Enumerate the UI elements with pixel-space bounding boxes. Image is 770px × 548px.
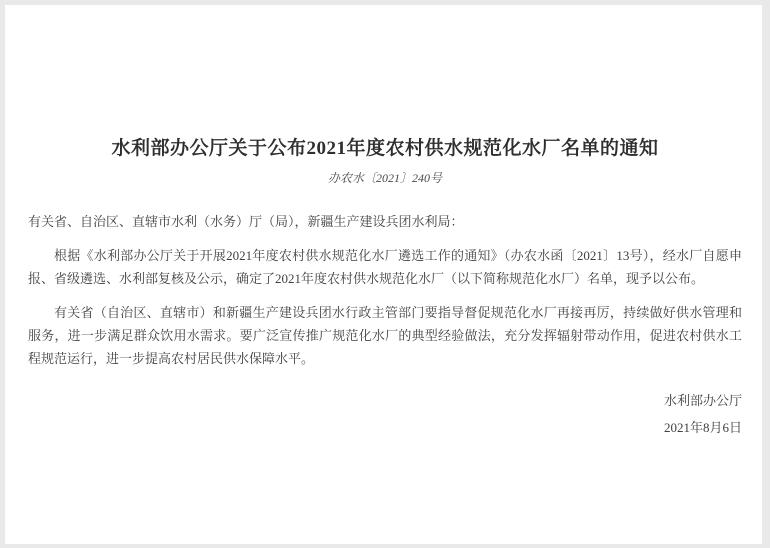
signature-block: 水利部办公厅 2021年8月6日 [28, 387, 742, 441]
document-page: 水利部办公厅关于公布2021年度农村供水规范化水厂名单的通知 办农水〔2021〕… [5, 5, 762, 544]
signature-org: 水利部办公厅 [28, 387, 742, 414]
page-background: 水利部办公厅关于公布2021年度农村供水规范化水厂名单的通知 办农水〔2021〕… [0, 0, 770, 548]
document-number: 办农水〔2021〕240号 [28, 170, 742, 186]
body-paragraph-2: 有关省（自治区、直辖市）和新疆生产建设兵团水行政主管部门要指导督促规范化水厂再接… [28, 301, 742, 370]
signature-date: 2021年8月6日 [28, 414, 742, 441]
document-title: 水利部办公厅关于公布2021年度农村供水规范化水厂名单的通知 [28, 137, 742, 161]
document-body: 有关省、自治区、直辖市水利（水务）厅（局），新疆生产建设兵团水利局： 根据《水利… [28, 210, 742, 441]
salutation-line: 有关省、自治区、直辖市水利（水务）厅（局），新疆生产建设兵团水利局： [28, 210, 742, 233]
body-paragraph-1: 根据《水利部办公厅关于开展2021年度农村供水规范化水厂遴选工作的通知》（办农水… [28, 244, 742, 290]
